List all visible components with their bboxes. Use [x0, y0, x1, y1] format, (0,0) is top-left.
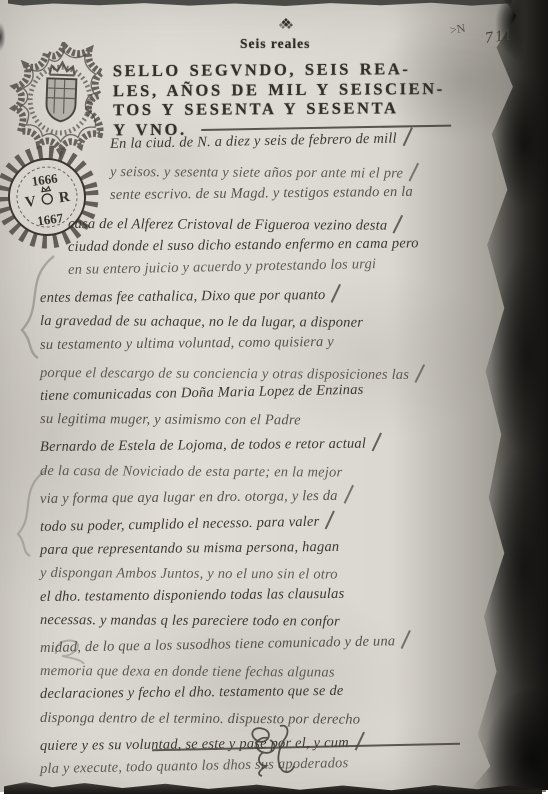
- manuscript-line: su testamento y ultima voluntad, como qu…: [40, 329, 496, 357]
- heading-line: TOS Y SESENTA Y SESENTA: [113, 98, 473, 120]
- heading-line: LES, AÑOS DE MIL Y SEISCIEN-: [113, 78, 473, 100]
- folio-mark: >N: [449, 21, 467, 38]
- manuscript-line: entes demas fee cathalica, Dixo que por …: [40, 277, 496, 310]
- manuscript-line: Bernardo de Estela de Lojoma, de todos e…: [40, 427, 496, 460]
- document-scan: ❖ Seis reales >N 711 1666 V R 1667 SELLO…: [0, 0, 548, 800]
- fleuron-ornament-icon: ❖: [281, 16, 291, 29]
- heading-line: SELLO SEGVNDO, SEIS REA-: [113, 59, 473, 81]
- manuscript-line: sente escrivo. de su Magd. y testigos es…: [110, 180, 496, 207]
- manuscript-line: para que representando su misma persona,…: [40, 534, 496, 562]
- manuscript-body: En la ciud. de N. a diez y seis de febre…: [26, 128, 496, 781]
- manuscript-line: En la ciud. de N. a diez y seis de febre…: [110, 121, 496, 157]
- manuscript-line: el dho. testamento disponiendo todas las…: [40, 581, 496, 609]
- notarial-rubric-icon: [246, 722, 308, 780]
- tax-value-label: Seis reales: [240, 36, 310, 53]
- manuscript-line: declaraciones y fecho el dho. testamento…: [40, 679, 496, 707]
